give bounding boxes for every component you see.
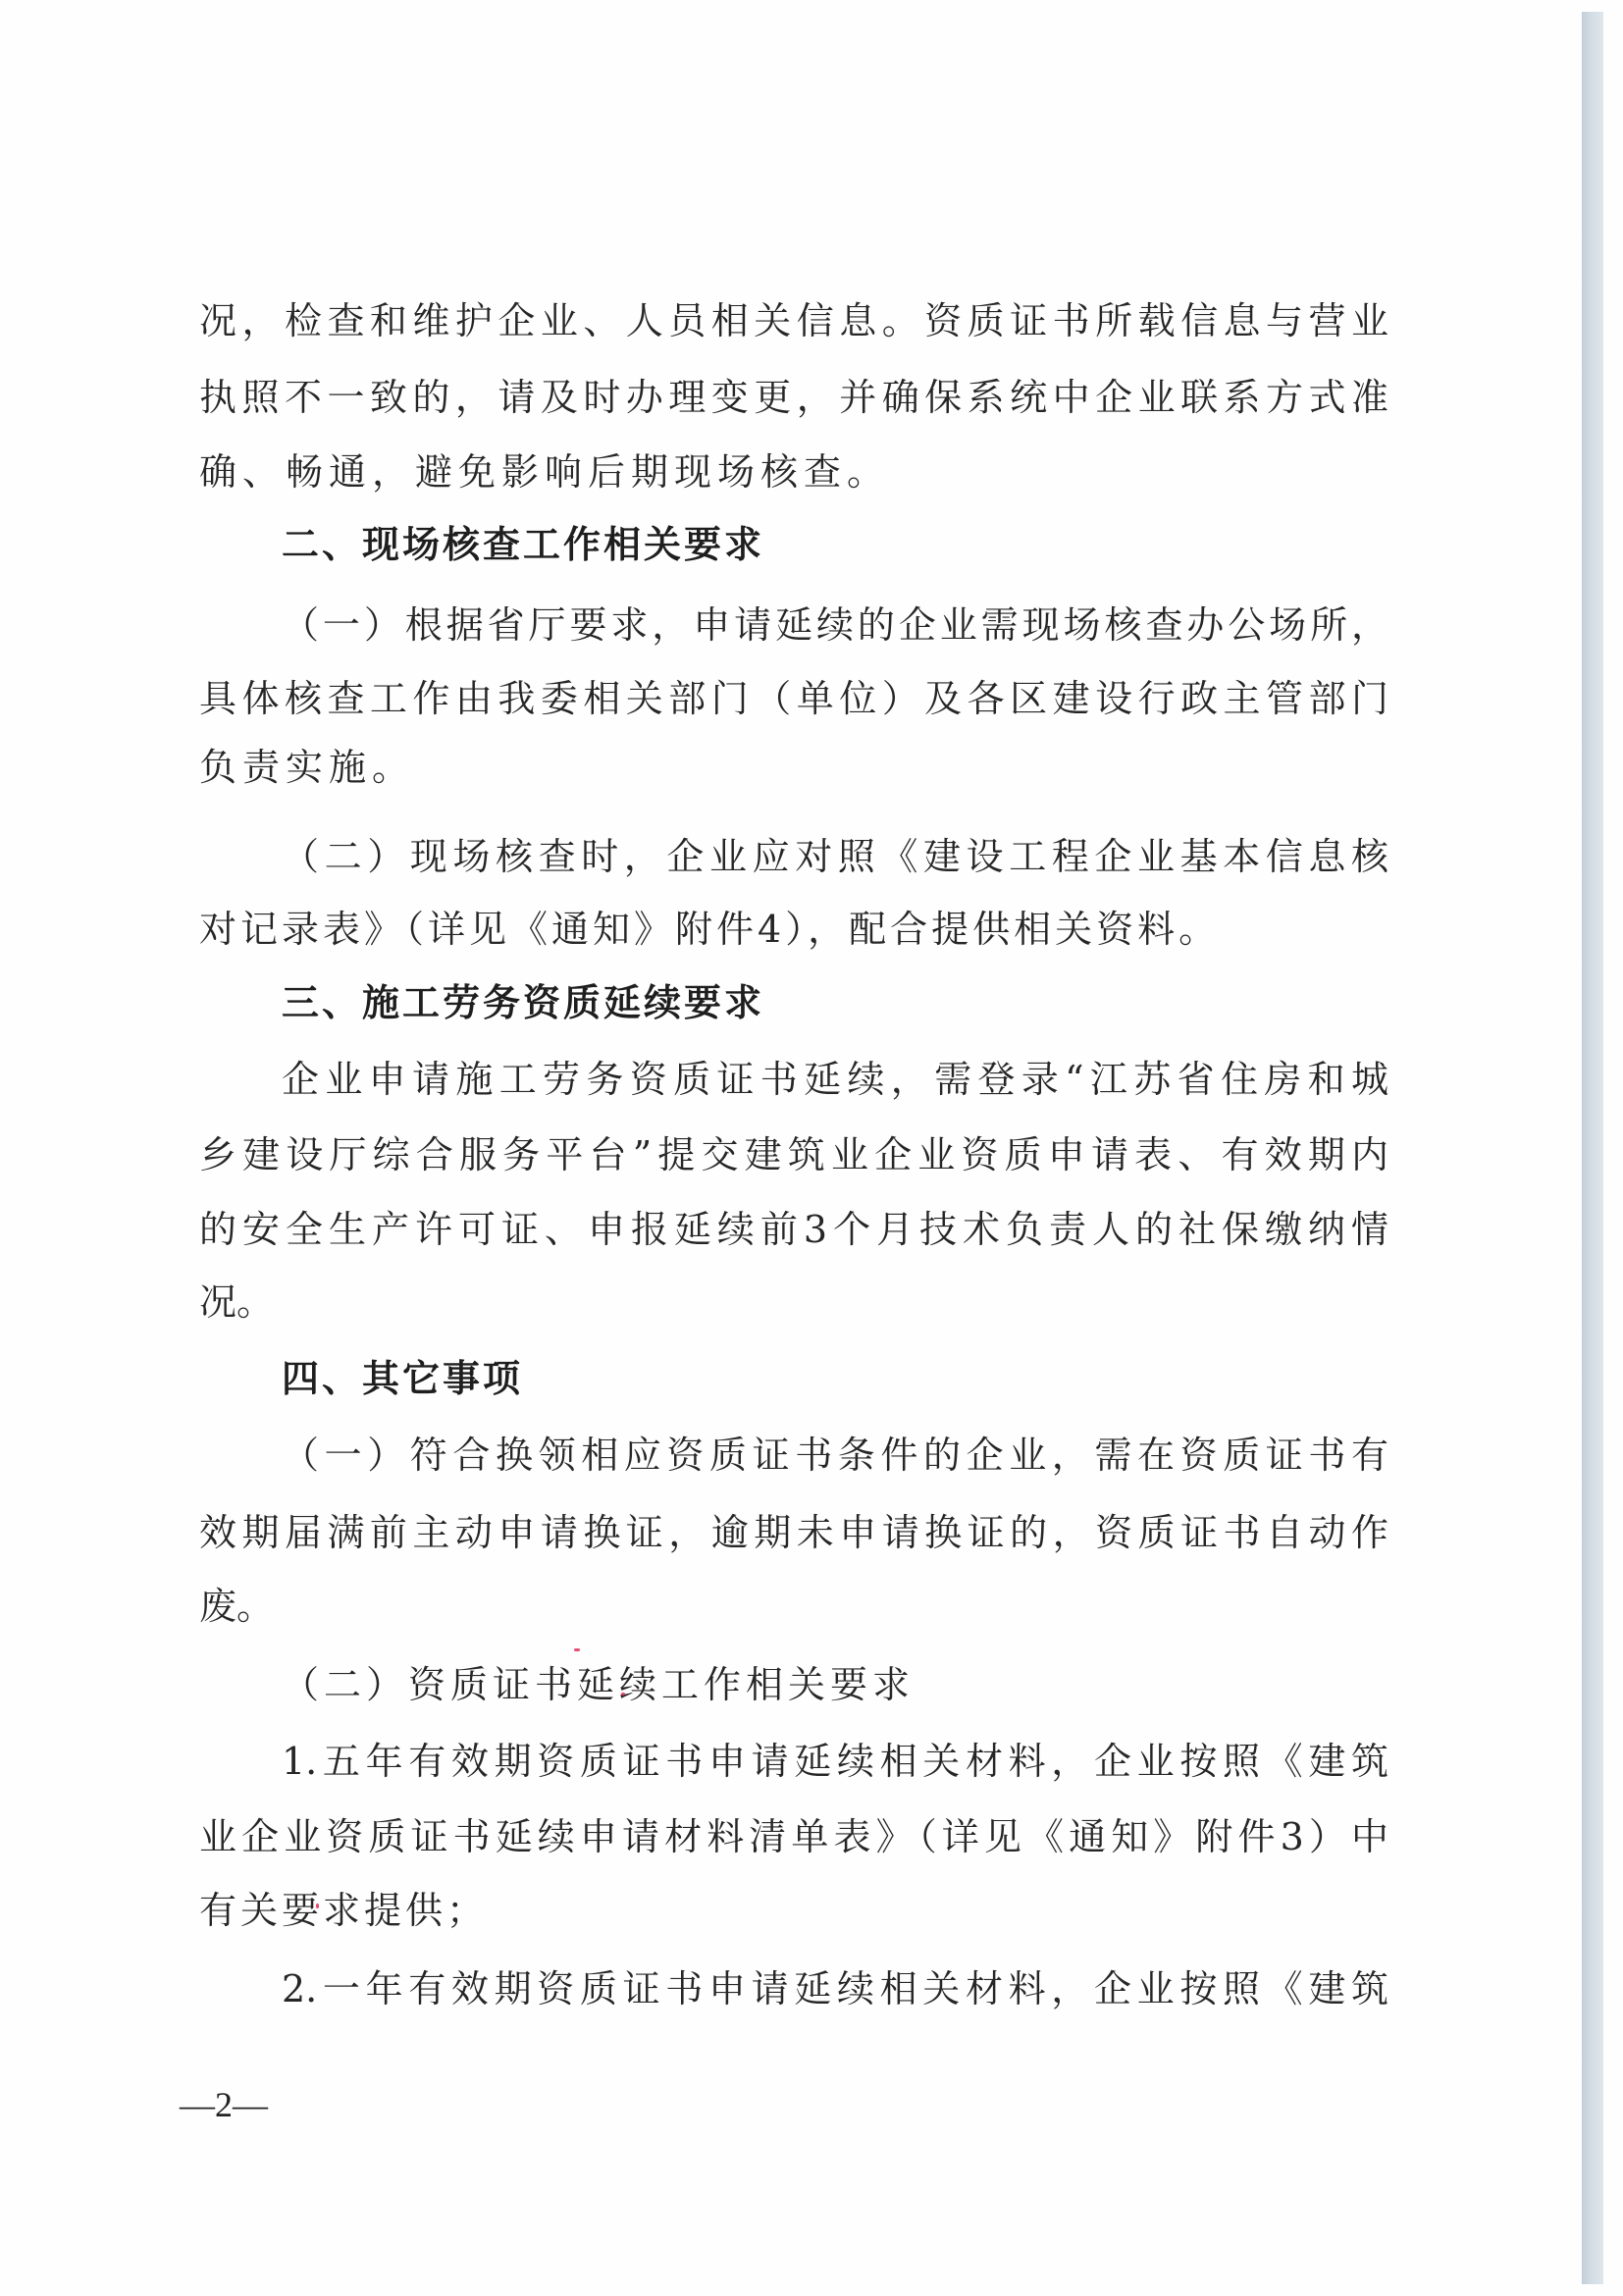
body-line: （一）根据省厅要求，申请延续的企业需现场核查办公场所， <box>282 600 1388 650</box>
body-line: 具体核查工作由我委相关部门（单位）及各区建设行政主管部门 <box>199 674 1388 723</box>
body-line: 业企业资质证书延续申请材料清单表》（详见《通知》附件3）中 <box>199 1812 1388 1861</box>
body-line: 2.一年有效期资质证书申请延续相关材料，企业按照《建筑 <box>282 1964 1388 2013</box>
body-line: 企业申请施工劳务资质证书延续，需登录“江苏省住房和城 <box>282 1055 1388 1104</box>
body-line: 执照不一致的，请及时办理变更，并确保系统中企业联系方式准 <box>199 373 1388 422</box>
scan-mark <box>316 1904 319 1908</box>
scan-mark <box>574 1648 580 1651</box>
body-line: 效期届满前主动申请换证，逾期未申请换证的，资质证书自动作 <box>199 1508 1388 1557</box>
body-line: 对记录表》（详见《通知》附件4），配合提供相关资料。 <box>199 905 1388 954</box>
body-line: 负责实施。 <box>199 743 1388 792</box>
subsection-heading: （二）资质证书延续工作相关要求 <box>282 1660 1388 1709</box>
scan-mark <box>621 1693 625 1696</box>
scan-edge-strip <box>1582 12 1603 2284</box>
section-heading: 二、现场核查工作相关要求 <box>282 520 969 569</box>
page-number: —2— <box>180 2085 268 2124</box>
body-line: 1.五年有效期资质证书申请延续相关材料，企业按照《建筑 <box>282 1737 1388 1786</box>
body-line: 的安全生产许可证、申报延续前3个月技术负责人的社保缴纳情 <box>199 1205 1388 1254</box>
body-line: 乡建设厅综合服务平台”提交建筑业企业资质申请表、有效期内 <box>199 1130 1388 1179</box>
body-line: 况，检查和维护企业、人员相关信息。资质证书所载信息与营业 <box>199 296 1388 345</box>
section-heading: 四、其它事项 <box>282 1354 969 1403</box>
body-line: 废。 <box>199 1582 1388 1631</box>
document-page: 况，检查和维护企业、人员相关信息。资质证书所载信息与营业 执照不一致的，请及时办… <box>0 0 1623 2296</box>
body-line: （二）现场核查时，企业应对照《建设工程企业基本信息核 <box>282 832 1388 881</box>
section-heading: 三、施工劳务资质延续要求 <box>282 978 969 1027</box>
body-line: 况。 <box>199 1278 1388 1327</box>
body-line: 确、畅通，避免影响后期现场核查。 <box>199 447 1388 496</box>
body-line: 有关要求提供； <box>199 1886 1388 1935</box>
body-line: （一）符合换领相应资质证书条件的企业，需在资质证书有 <box>282 1431 1388 1480</box>
